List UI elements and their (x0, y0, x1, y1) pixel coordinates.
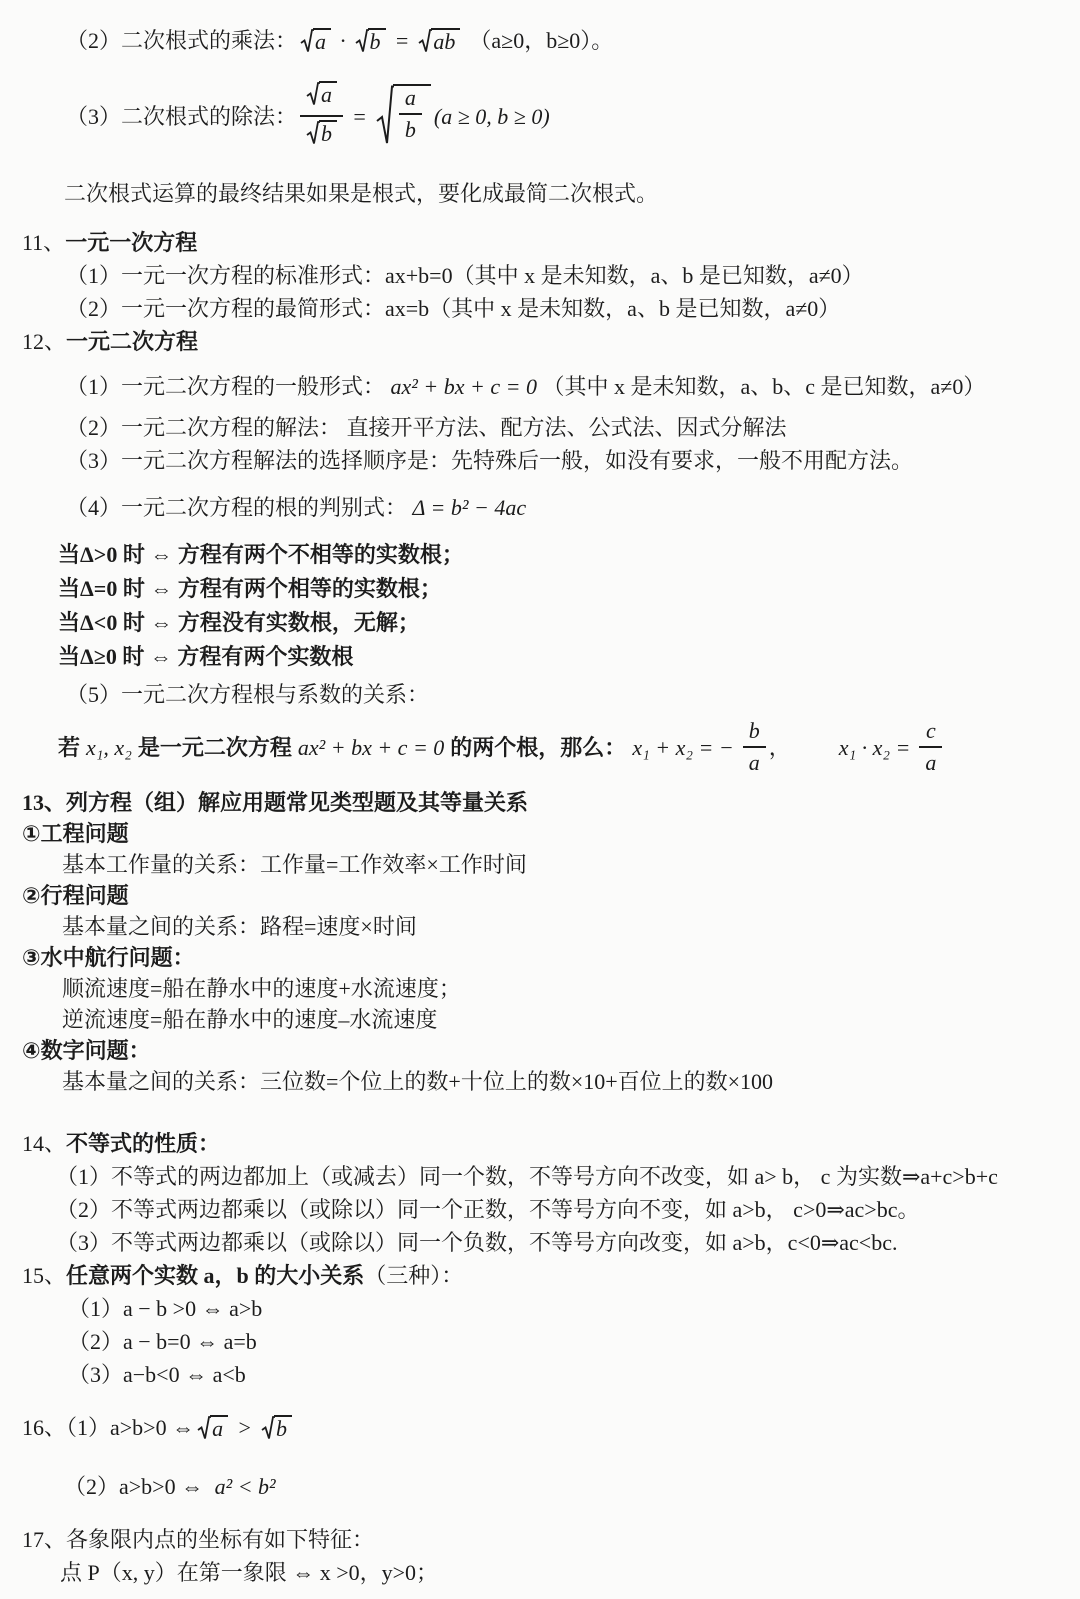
quadratic-equation: ax² + bx + c = 0 (298, 731, 444, 764)
condition-text: （a≥0，b≥0）。 (469, 24, 613, 57)
squares-inequality: a² < b² (215, 1474, 276, 1499)
problem-3-line-2: 逆流速度=船在静水中的速度–水流速度 (22, 1004, 1056, 1035)
section-17-heading: 17、各象限内点的坐标有如下特征： (22, 1523, 1056, 1556)
inner-fraction: a b (399, 86, 422, 142)
discriminant-cases: 当Δ>0 时 ⇔ 方程有两个不相等的实数根； 当Δ=0 时 ⇔ 方程有两个相等的… (22, 538, 1056, 674)
radical-sign-icon (261, 1415, 275, 1441)
radical-sign-icon (418, 28, 432, 54)
section-15-item-3: （3）a−b<0 ⇔ a<b (22, 1358, 1056, 1391)
section-number: 15、 (22, 1263, 66, 1288)
sum-fraction: b a (743, 719, 766, 775)
section-title: 一元一次方程 (65, 230, 197, 255)
section-12-heading: 12、一元二次方程 (22, 325, 1056, 358)
section-15-item-2: （2）a − b=0 ⇔ a=b (22, 1325, 1056, 1358)
section-14-item-2: （2）不等式两边都乘以（或除以）同一个正数，不等号方向不变，如 a>b， c>0… (22, 1193, 1056, 1226)
problem-4-line: 基本量之间的关系：三位数=个位上的数+十位上的数×10+百位上的数×100 (22, 1066, 1056, 1097)
formula-sheet-page: （2）二次根式的乘法： a · b = ab （a≥0，b≥0）。 （3）二次根… (0, 0, 1080, 1599)
condition-text: (a ≥ 0, b ≥ 0) (434, 100, 550, 133)
item-text: （2）a>b>0 ⇔ (64, 1474, 203, 1499)
numerator: c (920, 719, 942, 746)
radical-note: 二次根式运算的最终结果如果是根式，要化成最简二次根式。 (22, 177, 1056, 210)
radical-sign-icon (306, 120, 320, 146)
section-title: 任意两个实数 a，b 的大小关系 (66, 1263, 364, 1288)
section-14-item-3: （3）不等式两边都乘以（或除以）同一个负数，不等号方向改变，如 a>b，c<0⇒… (22, 1226, 1056, 1259)
vieta-theorem-line: 若 x₁, x₂ 是一元二次方程 ax² + bx + c = 0 的两个根，那… (22, 719, 1056, 775)
greater-than-sign: > (237, 1411, 252, 1444)
radical-sign-icon (197, 1415, 211, 1441)
section-number: 12、 (22, 329, 66, 354)
section-title-suffix: （三种）： (364, 1263, 463, 1288)
vieta-text: 的两个根，那么： (450, 731, 626, 764)
section-11-item-2: （2）一元一次方程的最简形式：ax=b（其中 x 是未知数，a、b 是已知数，a… (22, 292, 1056, 325)
section-17-line: 点 P（x, y）在第一象限 ⇔ x >0，y>0； (22, 1556, 1056, 1589)
section-title: 不等式的性质： (66, 1131, 220, 1156)
denominator: a (919, 746, 942, 775)
section-number: 11、 (22, 230, 65, 255)
section-13-heading: 13、列方程（组）解应用题常见类型题及其等量关系 (22, 787, 1056, 818)
section-12-item-1: （1）一元二次方程的一般形式： ax² + bx + c = 0 （其中 x 是… (22, 370, 1056, 403)
section-12-item-2: （2）一元二次方程的解法： 直接开平方法、配方法、公式法、因式分解法 (22, 411, 1056, 444)
denominator: a (743, 746, 766, 775)
item-text: 16、（1）a>b>0 ⇔ (22, 1411, 194, 1444)
radicand: a b (393, 84, 431, 142)
section-11-item-1: （1）一元一次方程的标准形式：ax+b=0（其中 x 是未知数，a、b 是已知数… (22, 259, 1056, 292)
numerator: a (300, 81, 343, 115)
denominator: b (300, 115, 343, 151)
section-15-item-1: （1）a − b >0 ⇔ a>b (22, 1292, 1056, 1325)
radicand: b (274, 1415, 292, 1441)
section-15-heading: 15、任意两个实数 a，b 的大小关系（三种）： (22, 1259, 1056, 1292)
section-number: 14、 (22, 1131, 66, 1156)
discriminant-formula: Δ = b² − 4ac (413, 495, 527, 520)
section-11-heading: 11、一元一次方程 (22, 226, 1056, 259)
problem-2-heading: ②行程问题 (22, 880, 1056, 911)
radical-sign-icon (306, 81, 320, 107)
item-label: （1）一元二次方程的一般形式： (66, 374, 385, 399)
item-label: （4）一元二次方程的根的判别式： (66, 495, 407, 520)
problem-3-heading: ③水中航行问题： (22, 942, 1056, 973)
sqrt-of-fraction: a b (376, 84, 431, 148)
problem-2-line: 基本量之间的关系：路程=速度×时间 (22, 911, 1056, 942)
item-note: （其中 x 是未知数，a、b、c 是已知数，a≠0） (542, 374, 985, 399)
radicand: a (319, 81, 337, 107)
radical-sign-icon (300, 28, 314, 54)
section-13: 13、列方程（组）解应用题常见类型题及其等量关系 ①工程问题 基本工作量的关系：… (22, 787, 1056, 1097)
separator-comma: ， (769, 731, 791, 764)
radical-mul-label: （2）二次根式的乘法： (66, 24, 297, 57)
delta-case-zero: 当Δ=0 时 ⇔ 方程有两个相等的实数根； (22, 572, 1056, 606)
radical-sign-icon (376, 84, 394, 148)
radicand: a (313, 28, 331, 54)
radicand: ab (431, 28, 460, 54)
radical-division-line: （3）二次根式的除法： a b = a b (22, 81, 1056, 151)
problem-1-heading: ①工程问题 (22, 818, 1056, 849)
sqrt-b: b (306, 120, 337, 146)
dot-operator: · (340, 24, 346, 57)
numerator: b (743, 719, 766, 746)
radical-div-label: （3）二次根式的除法： (66, 100, 297, 133)
section-title: 一元二次方程 (66, 329, 198, 354)
problem-4-heading: ④数字问题： (22, 1035, 1056, 1066)
radicand: b (368, 28, 386, 54)
section-12-item-4: （4）一元二次方程的根的判别式： Δ = b² − 4ac (22, 491, 1056, 524)
section-12-item-5: （5）一元二次方程根与系数的关系： (22, 678, 1056, 711)
section-16-item-1: 16、（1）a>b>0 ⇔ a > b (22, 1411, 1056, 1444)
sqrt-b: b (355, 28, 386, 54)
problem-3-line-1: 顺流速度=船在静水中的速度+水流速度； (22, 973, 1056, 1004)
vieta-text: 是一元二次方程 (138, 731, 292, 764)
product-fraction: c a (919, 719, 942, 775)
roots-symbols: x₁, x₂ (86, 731, 132, 764)
quadratic-general-form: ax² + bx + c = 0 (391, 374, 537, 399)
sqrt-ab: ab (418, 28, 460, 54)
section-16-item-2: （2）a>b>0 ⇔ a² < b² (22, 1470, 1056, 1503)
delta-case-positive: 当Δ>0 时 ⇔ 方程有两个不相等的实数根； (22, 538, 1056, 572)
section-14-item-1: （1）不等式的两边都加上（或减去）同一个数，不等号方向不改变，如 a> b， c… (22, 1160, 1056, 1193)
delta-case-nonnegative: 当Δ≥0 时 ⇔ 方程有两个实数根 (22, 640, 1056, 674)
section-14-heading: 14、不等式的性质： (22, 1127, 1056, 1160)
delta-case-negative: 当Δ<0 时 ⇔ 方程没有实数根，无解； (22, 606, 1056, 640)
problem-1-line: 基本工作量的关系：工作量=工作效率×工作时间 (22, 849, 1056, 880)
sqrt-a: a (197, 1415, 228, 1441)
denominator: b (399, 113, 422, 142)
sqrt-a: a (300, 28, 331, 54)
radical-sign-icon (355, 28, 369, 54)
radical-multiplication-line: （2）二次根式的乘法： a · b = ab （a≥0，b≥0）。 (22, 24, 1056, 57)
sqrt-a: a (306, 81, 337, 107)
equals-sign: = (352, 100, 367, 133)
sqrt-fraction: a b (300, 81, 343, 151)
radicand: b (319, 120, 337, 146)
vieta-text: 若 (58, 731, 80, 764)
equals-sign: = (395, 24, 410, 57)
product-of-roots-lhs: x₁ · x₂ = (839, 731, 911, 764)
sum-of-roots-lhs: x₁ + x₂ = − (632, 731, 733, 764)
numerator: a (399, 86, 422, 113)
sqrt-b: b (261, 1415, 292, 1441)
radicand: a (210, 1415, 228, 1441)
section-12-item-3: （3）一元二次方程解法的选择顺序是：先特殊后一般，如没有要求，一般不用配方法。 (22, 444, 1056, 477)
